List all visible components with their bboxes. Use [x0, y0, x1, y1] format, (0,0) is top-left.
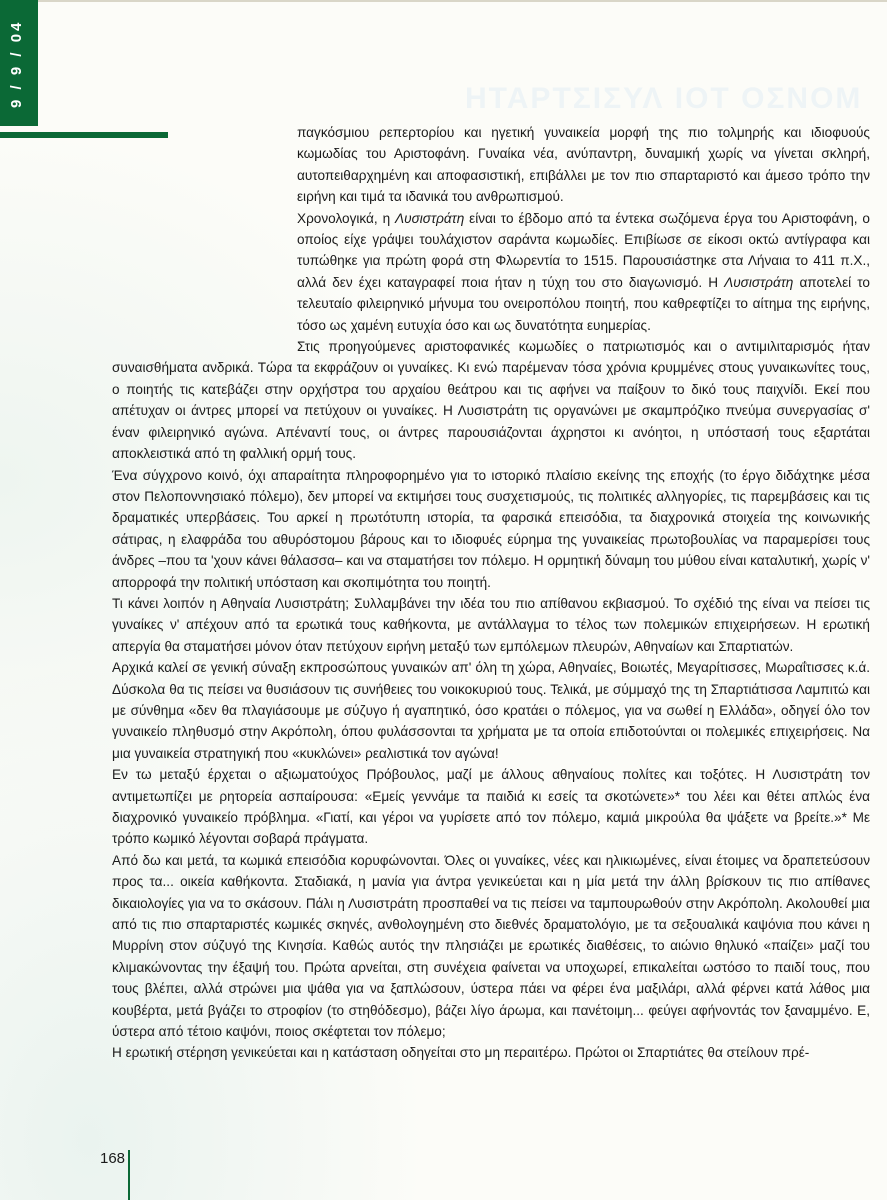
page-number: 168: [100, 1150, 125, 1167]
paragraph-4: Ένα σύγχρονο κοινό, όχι απαραίτητα πληρο…: [112, 465, 870, 593]
paragraph-6: Αρχικά καλεί σε γενική σύναξη εκπροσώπου…: [112, 657, 870, 764]
play-title: Λυσιστράτη: [395, 211, 464, 226]
text-run: Χρονολογικά, η: [297, 211, 395, 226]
paragraph-1: παγκόσμιου ρεπερτορίου και ηγετική γυναι…: [297, 122, 870, 208]
paragraph-8: Από δω και μετά, τα κωμικά επεισόδια κορ…: [112, 850, 870, 1043]
article-body: παγκόσμιου ρεπερτορίου και ηγετική γυναι…: [112, 122, 870, 1064]
paragraph-9: Η ερωτική στέρηση γενικεύεται και η κατά…: [112, 1042, 870, 1063]
paragraph-7: Εν τω μεταξύ έρχεται ο αξιωματούχος Πρόβ…: [112, 764, 870, 850]
paragraph-3: Στις προηγούμενες αριστοφανικές κωμωδίες…: [112, 336, 870, 464]
issue-date: 9 / 9 / 04: [8, 20, 25, 108]
page-top-edge: [0, 0, 887, 2]
show-through-heading: ΗΤΑΡΤΣΙΣΥΛ ΙΟΤ ΟΣΝΟΜ: [465, 82, 862, 116]
page-number-rule: [128, 1150, 130, 1200]
play-title: Λυσιστράτη: [724, 275, 793, 290]
paragraph-2: Χρονολογικά, η Λυσιστράτη είναι το έβδομ…: [297, 208, 870, 336]
date-tab: 9 / 9 / 04: [0, 0, 38, 126]
paragraph-5: Τι κάνει λοιπόν η Αθηναία Λυσιστράτη; Συ…: [112, 593, 870, 657]
